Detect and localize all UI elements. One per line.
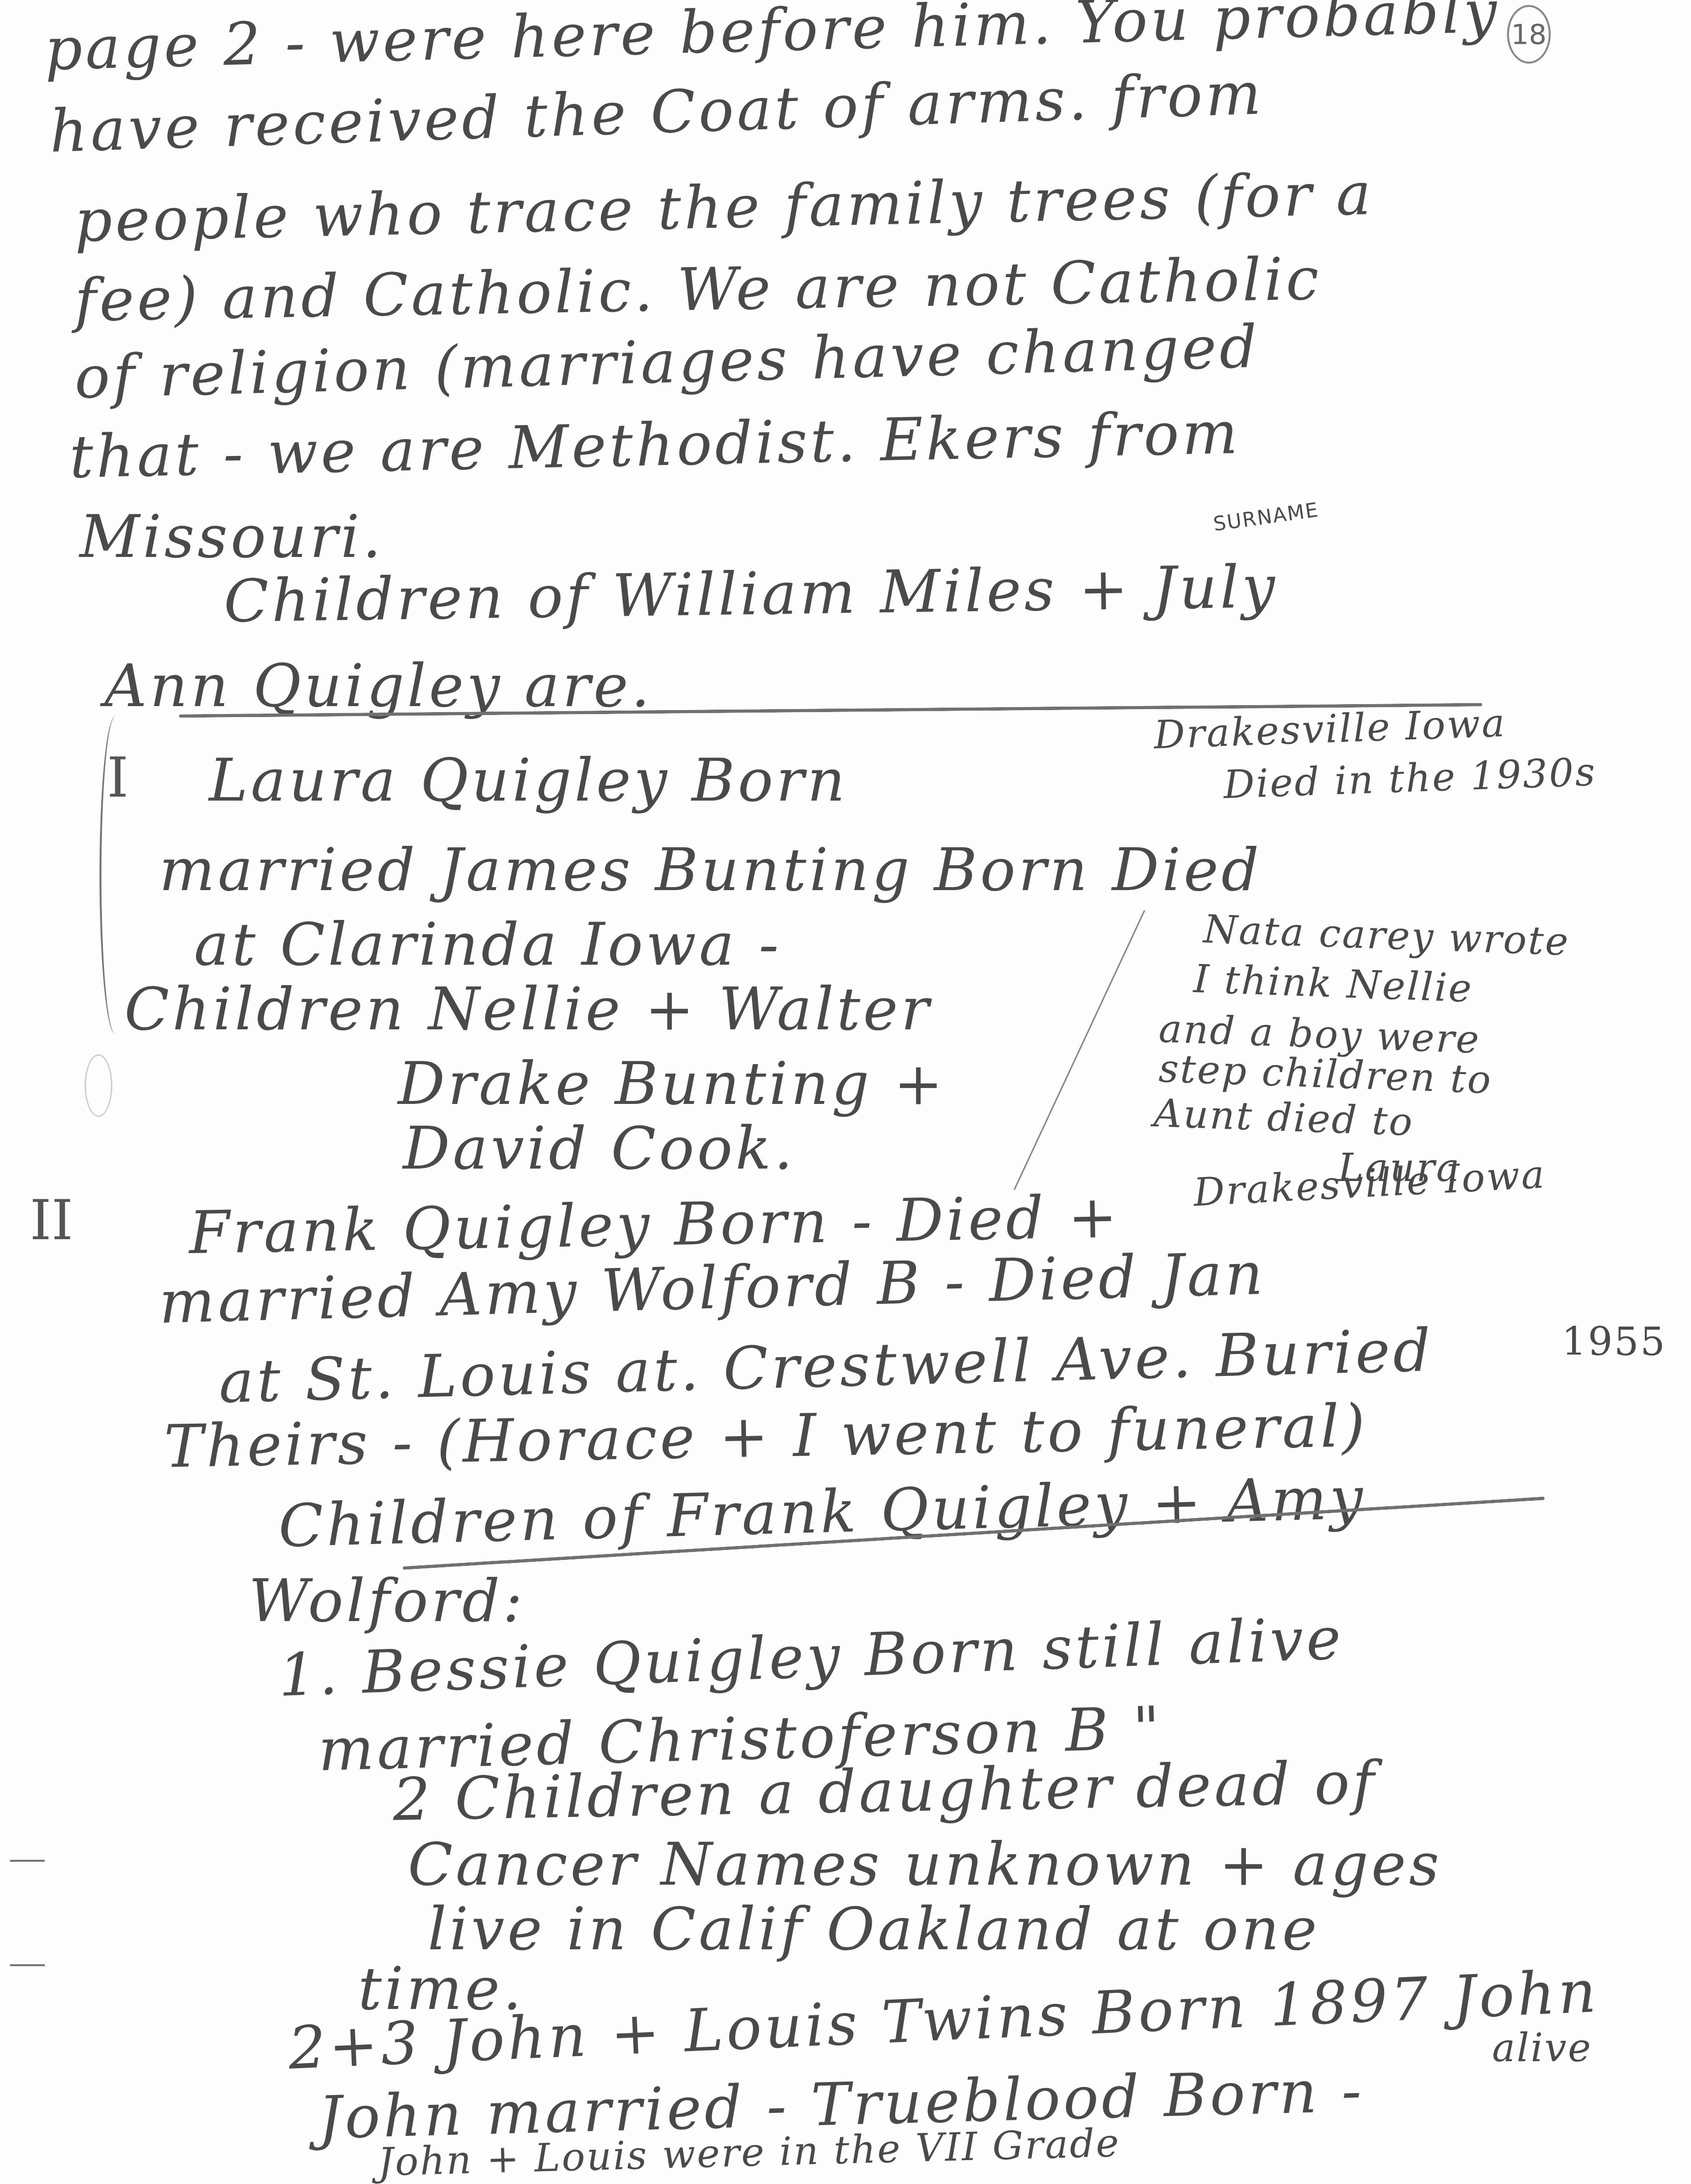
margin-note: Drakesville Iowa	[1153, 704, 1507, 755]
margin-mark	[10, 1860, 45, 1862]
side-note: Nata carey wrote	[1203, 910, 1571, 962]
side-note: step children to	[1158, 1049, 1493, 1099]
section-heading: Wolford:	[249, 1571, 525, 1630]
side-note: I think Nellie	[1193, 960, 1474, 1008]
child-line: Cancer Names unknown + ages	[408, 1835, 1442, 1894]
punch-hole	[85, 1054, 112, 1117]
entry-line: David Cook.	[403, 1119, 796, 1178]
margin-mark	[10, 1964, 45, 1966]
entry-line: Laura Quigley Born	[209, 751, 848, 810]
connector-line	[1014, 910, 1145, 1190]
entry-line: at Clarinda Iowa -	[194, 915, 782, 974]
text-line: people who trace the family trees (for a	[74, 164, 1375, 250]
child-line: alive	[1492, 2029, 1593, 2068]
child-line: 2 Children a daughter dead of	[392, 1753, 1378, 1829]
entry-numeral: I	[107, 746, 128, 810]
entry-line: married James Bunting Born Died	[159, 840, 1262, 899]
text-line: page 2 - were here before him. You proba…	[44, 0, 1500, 79]
entry-numeral: II	[30, 1188, 73, 1252]
margin-note: Drakesville Iowa	[1193, 1155, 1547, 1212]
entry-line: Drake Bunting +	[398, 1054, 946, 1113]
margin-note: 1955	[1562, 1323, 1667, 1362]
text-line: that - we are Methodist. Ekers from	[69, 403, 1241, 486]
margin-note: Died in the 1930s	[1223, 753, 1597, 805]
entry-line: Children Nellie + Walter	[124, 980, 932, 1038]
page-number: 18	[1507, 5, 1551, 64]
surname-note: SURNAME	[1212, 500, 1320, 534]
text-line: Missouri.	[80, 507, 384, 566]
side-note: Aunt died to	[1153, 1094, 1414, 1142]
section-heading: Ann Quigley are.	[104, 656, 653, 715]
letter-page: 18 page 2 - were here before him. You pr…	[0, 0, 1691, 2184]
child-line: live in Calif Oakland at one	[428, 1900, 1320, 1958]
section-heading: Children of William Miles + July	[223, 557, 1278, 631]
